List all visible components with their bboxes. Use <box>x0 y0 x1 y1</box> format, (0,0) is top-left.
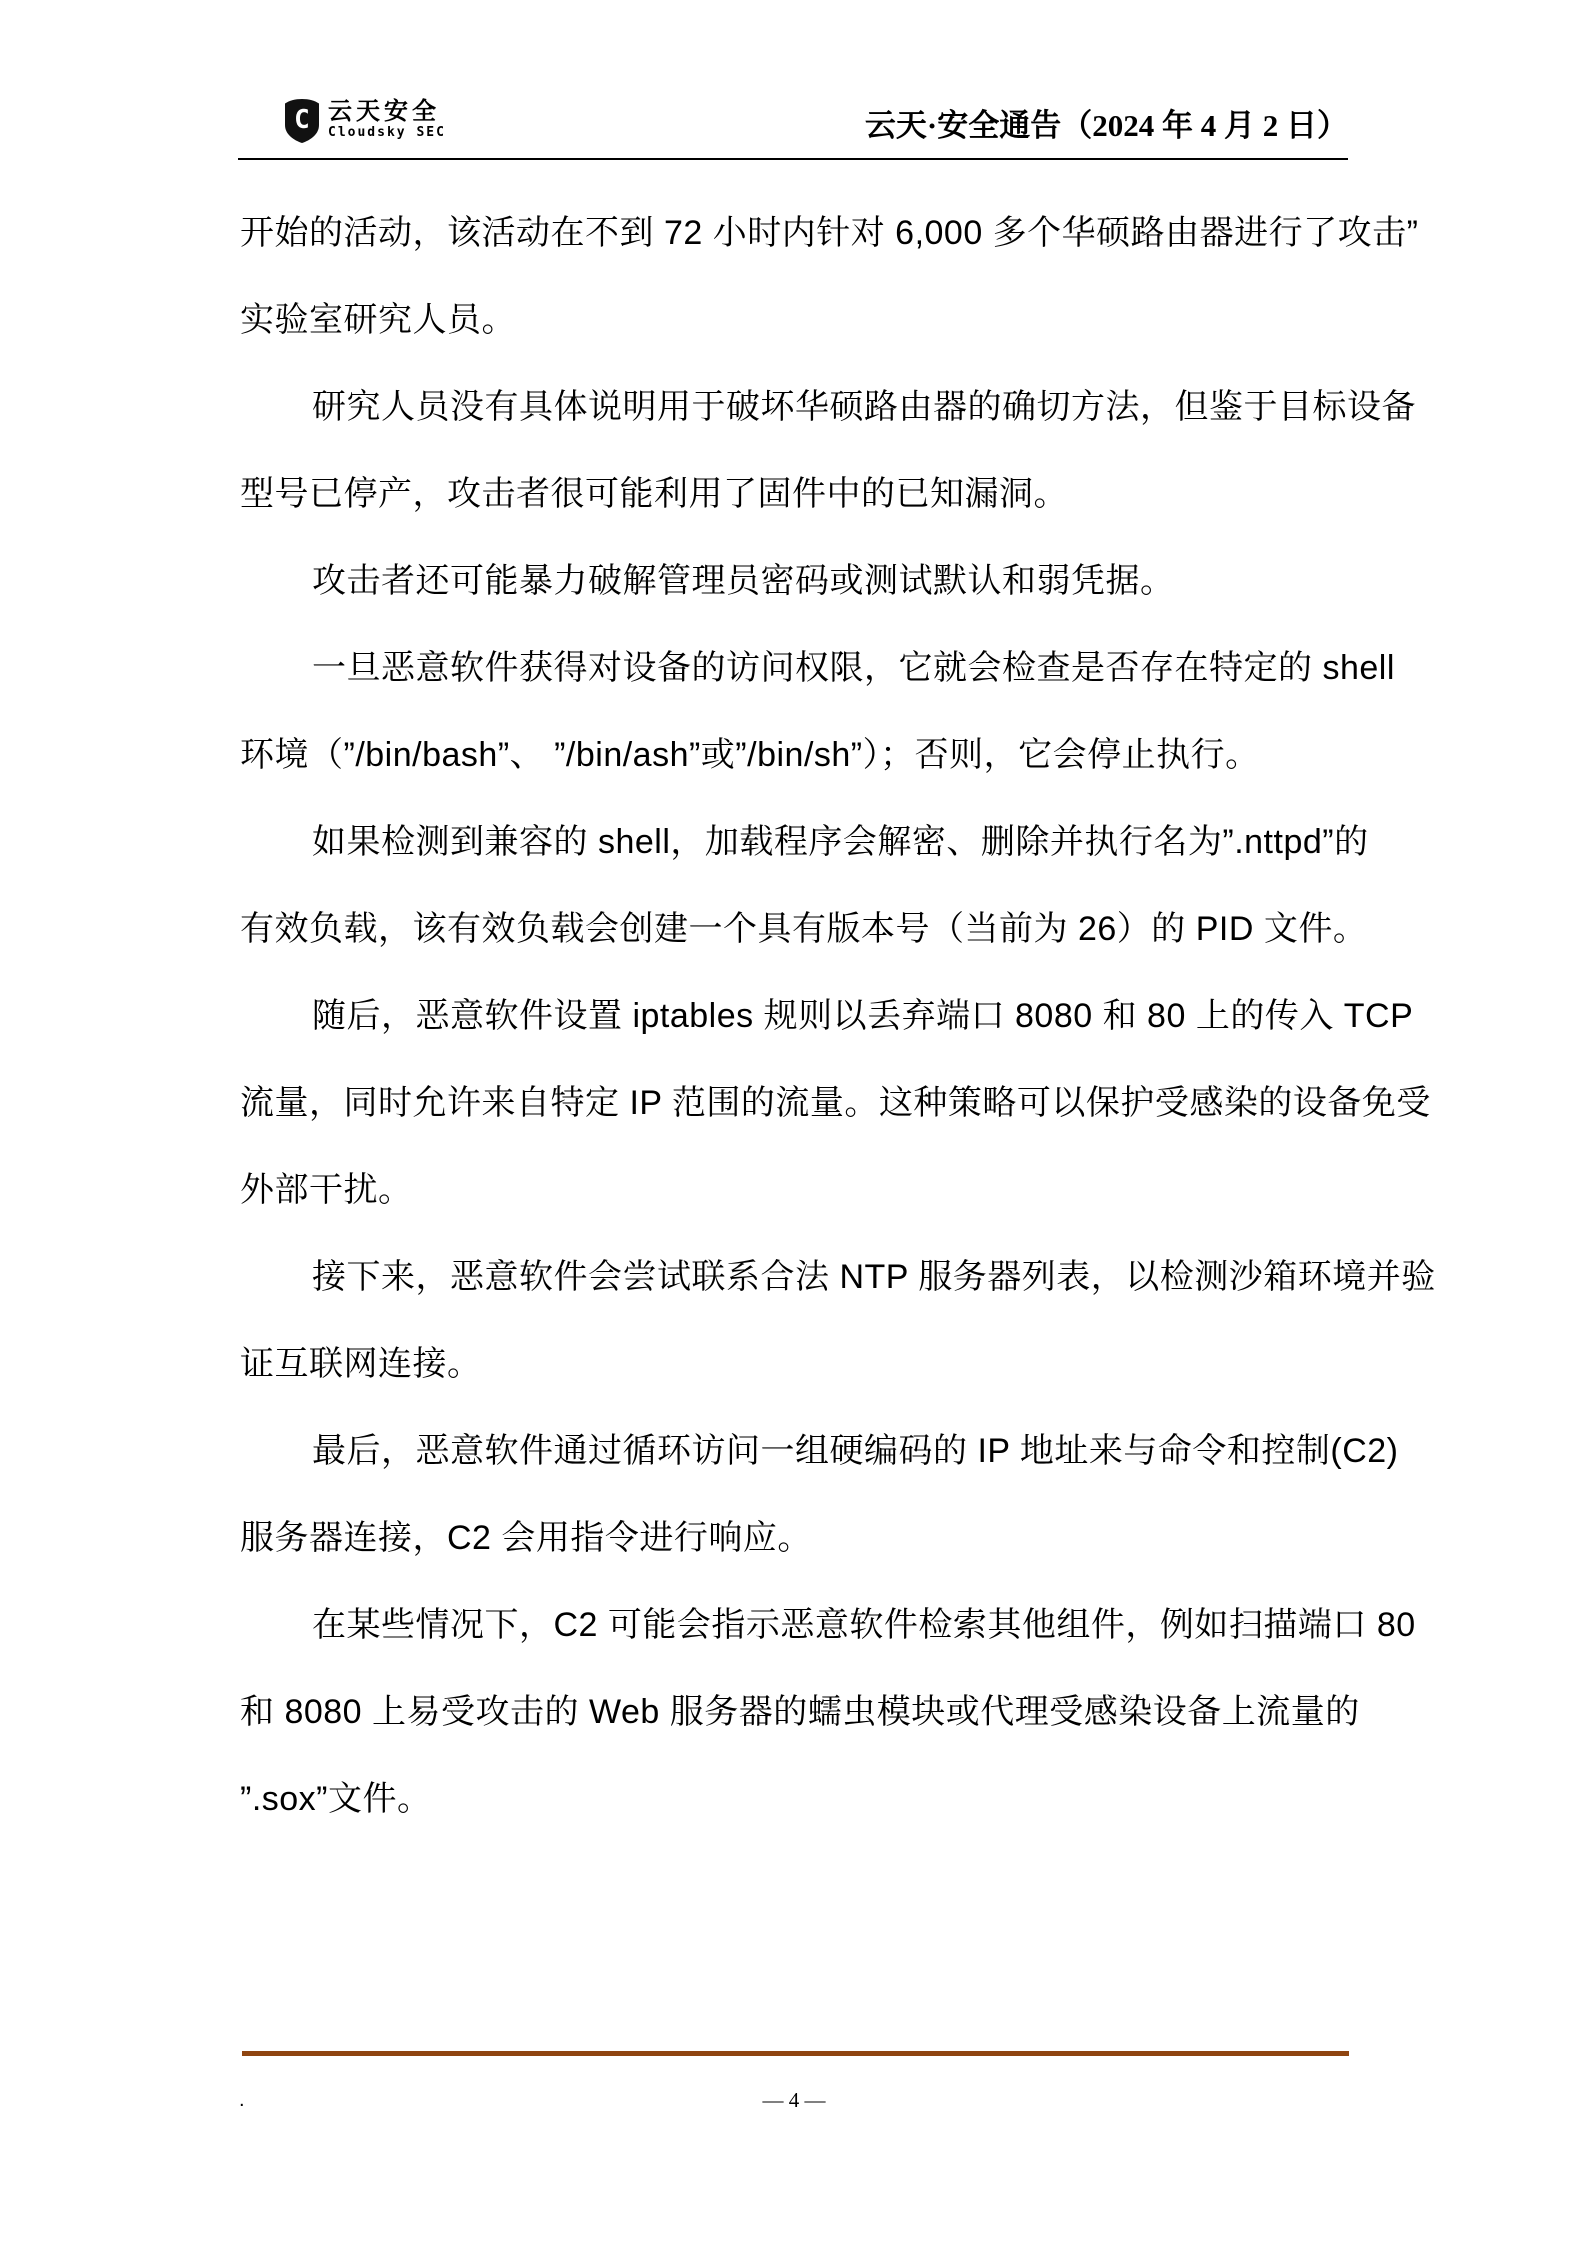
body-line: 一旦恶意软件获得对设备的访问权限，它就会检查是否存在特定的 shell <box>240 625 1352 712</box>
shield-c-icon: C <box>285 99 319 143</box>
body-line: 接下来，恶意软件会尝试联系合法 NTP 服务器列表，以检测沙箱环境并验 <box>240 1234 1352 1321</box>
body-line: 和 8080 上易受攻击的 Web 服务器的蠕虫模块或代理受感染设备上流量的 <box>240 1669 1352 1756</box>
body-line: 流量，同时允许来自特定 IP 范围的流量。这种策略可以保护受感染的设备免受 <box>240 1060 1352 1147</box>
body-line: 证互联网连接。 <box>240 1321 1352 1408</box>
body-line: 实验室研究人员。 <box>240 277 1352 364</box>
body-text: 开始的活动，该活动在不到 72 小时内针对 6,000 多个华硕路由器进行了攻击… <box>240 190 1352 1843</box>
body-line: 攻击者还可能暴力破解管理员密码或测试默认和弱凭据。 <box>240 538 1352 625</box>
body-line: 环境（”/bin/bash”、 ”/bin/ash”或”/bin/sh”）；否则… <box>240 712 1352 799</box>
body-line: 最后，恶意软件通过循环访问一组硬编码的 IP 地址来与命令和控制(C2) <box>240 1408 1352 1495</box>
body-line: 型号已停产，攻击者很可能利用了固件中的已知漏洞。 <box>240 451 1352 538</box>
svg-text:C: C <box>294 105 310 135</box>
body-line: 随后，恶意软件设置 iptables 规则以丢弃端口 8080 和 80 上的传… <box>240 973 1352 1060</box>
header-divider <box>238 158 1348 160</box>
body-line: 服务器连接，C2 会用指令进行响应。 <box>240 1495 1352 1582</box>
brand-name-en: Cloudsky SEC <box>328 125 446 141</box>
bulletin-title: 云天·安全通告（2024 年 4 月 2 日） <box>865 104 1348 148</box>
body-line: ”.sox”文件。 <box>240 1756 1352 1843</box>
page-number: — 4 — <box>240 2086 1348 2114</box>
body-line: 有效负载，该有效负载会创建一个具有版本号（当前为 26）的 PID 文件。 <box>240 886 1352 973</box>
body-line: 如果检测到兼容的 shell，加载程序会解密、删除并执行名为”.nttpd”的 <box>240 799 1352 886</box>
body-line: 在某些情况下，C2 可能会指示恶意软件检索其他组件，例如扫描端口 80 <box>240 1582 1352 1669</box>
footer-divider <box>242 2051 1349 2056</box>
body-line: 开始的活动，该活动在不到 72 小时内针对 6,000 多个华硕路由器进行了攻击… <box>240 190 1352 277</box>
document-page: C 云天安全 Cloudsky SEC 云天·安全通告（2024 年 4 月 2… <box>0 0 1587 2245</box>
brand-logo: C 云天安全 Cloudsky SEC <box>285 99 446 143</box>
body-line: 外部干扰。 <box>240 1147 1352 1234</box>
body-line: 研究人员没有具体说明用于破坏华硕路由器的确切方法，但鉴于目标设备 <box>240 364 1352 451</box>
brand-text: 云天安全 Cloudsky SEC <box>328 99 446 141</box>
brand-name-cn: 云天安全 <box>328 99 446 125</box>
